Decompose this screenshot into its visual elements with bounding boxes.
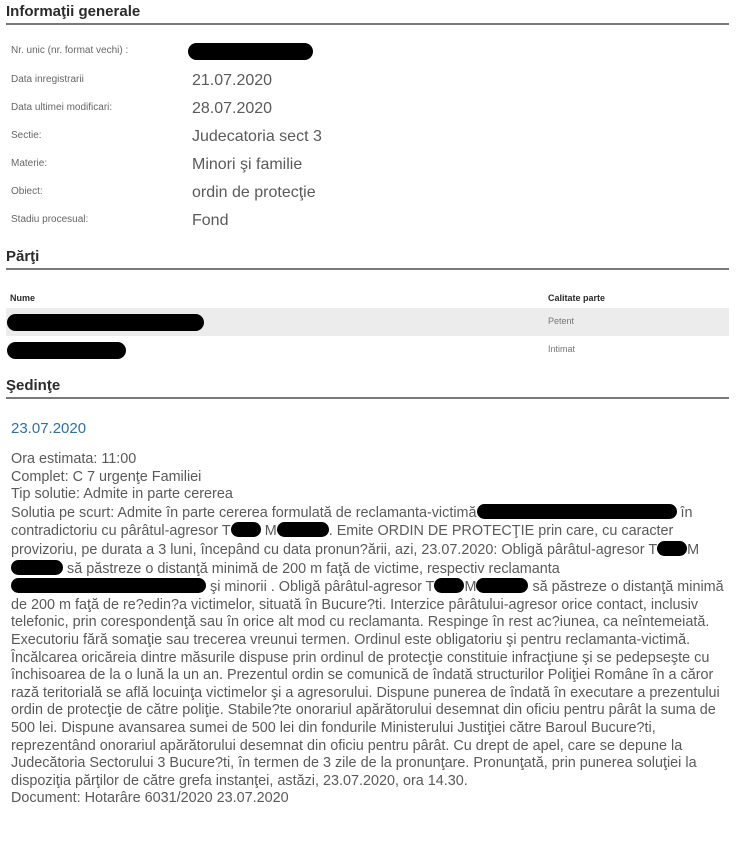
field-label-sectie: Sectie: — [11, 130, 42, 141]
field-value-materie: Minori şi familie — [192, 156, 302, 174]
field-value-obiect: ordin de protecţie — [192, 184, 316, 202]
column-header-nume: Nume — [10, 293, 35, 303]
field-label-obiect: Obiect: — [11, 186, 43, 197]
session-ora: Ora estimata: 11:00 — [11, 451, 731, 469]
redacted-name — [476, 578, 528, 593]
redacted-name — [11, 560, 63, 575]
section-divider — [6, 23, 729, 25]
session-tip-solutie: Tip solutie: Admite in parte cererea — [11, 486, 731, 504]
section-title-parties: Părţi — [6, 248, 39, 265]
table-row[interactable]: Intimat — [6, 336, 729, 364]
session-document[interactable]: Document: Hotarâre 6031/2020 23.07.2020 — [11, 790, 731, 808]
redacted-party-name — [7, 342, 126, 359]
party-role: Petent — [548, 316, 574, 326]
session-date: 23.07.2020 — [11, 420, 86, 437]
section-divider — [6, 397, 729, 399]
session-solutie: Solutia pe scurt: Admite în parte cerere… — [11, 504, 731, 791]
field-value-stadiu-procesual: Fond — [192, 212, 228, 230]
section-title-sessions: Şedinţe — [6, 377, 60, 394]
section-divider — [6, 268, 729, 270]
party-role: Intimat — [548, 344, 575, 354]
field-label-stadiu-procesual: Stadiu procesual: — [11, 214, 88, 225]
field-value-data-ultimei-modificari: 28.07.2020 — [192, 100, 272, 118]
field-value-sectie: Judecatoria sect 3 — [192, 128, 322, 146]
field-label-data-ultimei-modificari: Data ultimei modificari: — [11, 102, 112, 113]
column-header-calitate-parte: Calitate parte — [548, 293, 605, 303]
redacted-name — [434, 578, 464, 593]
redacted-case-number — [188, 43, 313, 60]
redacted-name — [657, 541, 687, 556]
redacted-name — [231, 522, 261, 537]
field-label-materie: Materie: — [11, 158, 47, 169]
redacted-name — [477, 504, 677, 519]
session-details: Ora estimata: 11:00 Complet: C 7 urgenţe… — [11, 451, 731, 808]
field-value-data-inregistrarii: 21.07.2020 — [192, 72, 272, 90]
redacted-name — [11, 578, 206, 593]
redacted-party-name — [7, 314, 204, 331]
field-label-nr-unic: Nr. unic (nr. format vechi) : — [11, 45, 128, 56]
field-label-data-inregistrarii: Data inregistrarii — [11, 74, 84, 85]
session-complet: Complet: C 7 urgenţe Familiei — [11, 469, 731, 487]
section-title-general: Informaţii generale — [6, 3, 140, 20]
redacted-name — [277, 522, 329, 537]
table-row[interactable]: Petent — [6, 308, 729, 336]
